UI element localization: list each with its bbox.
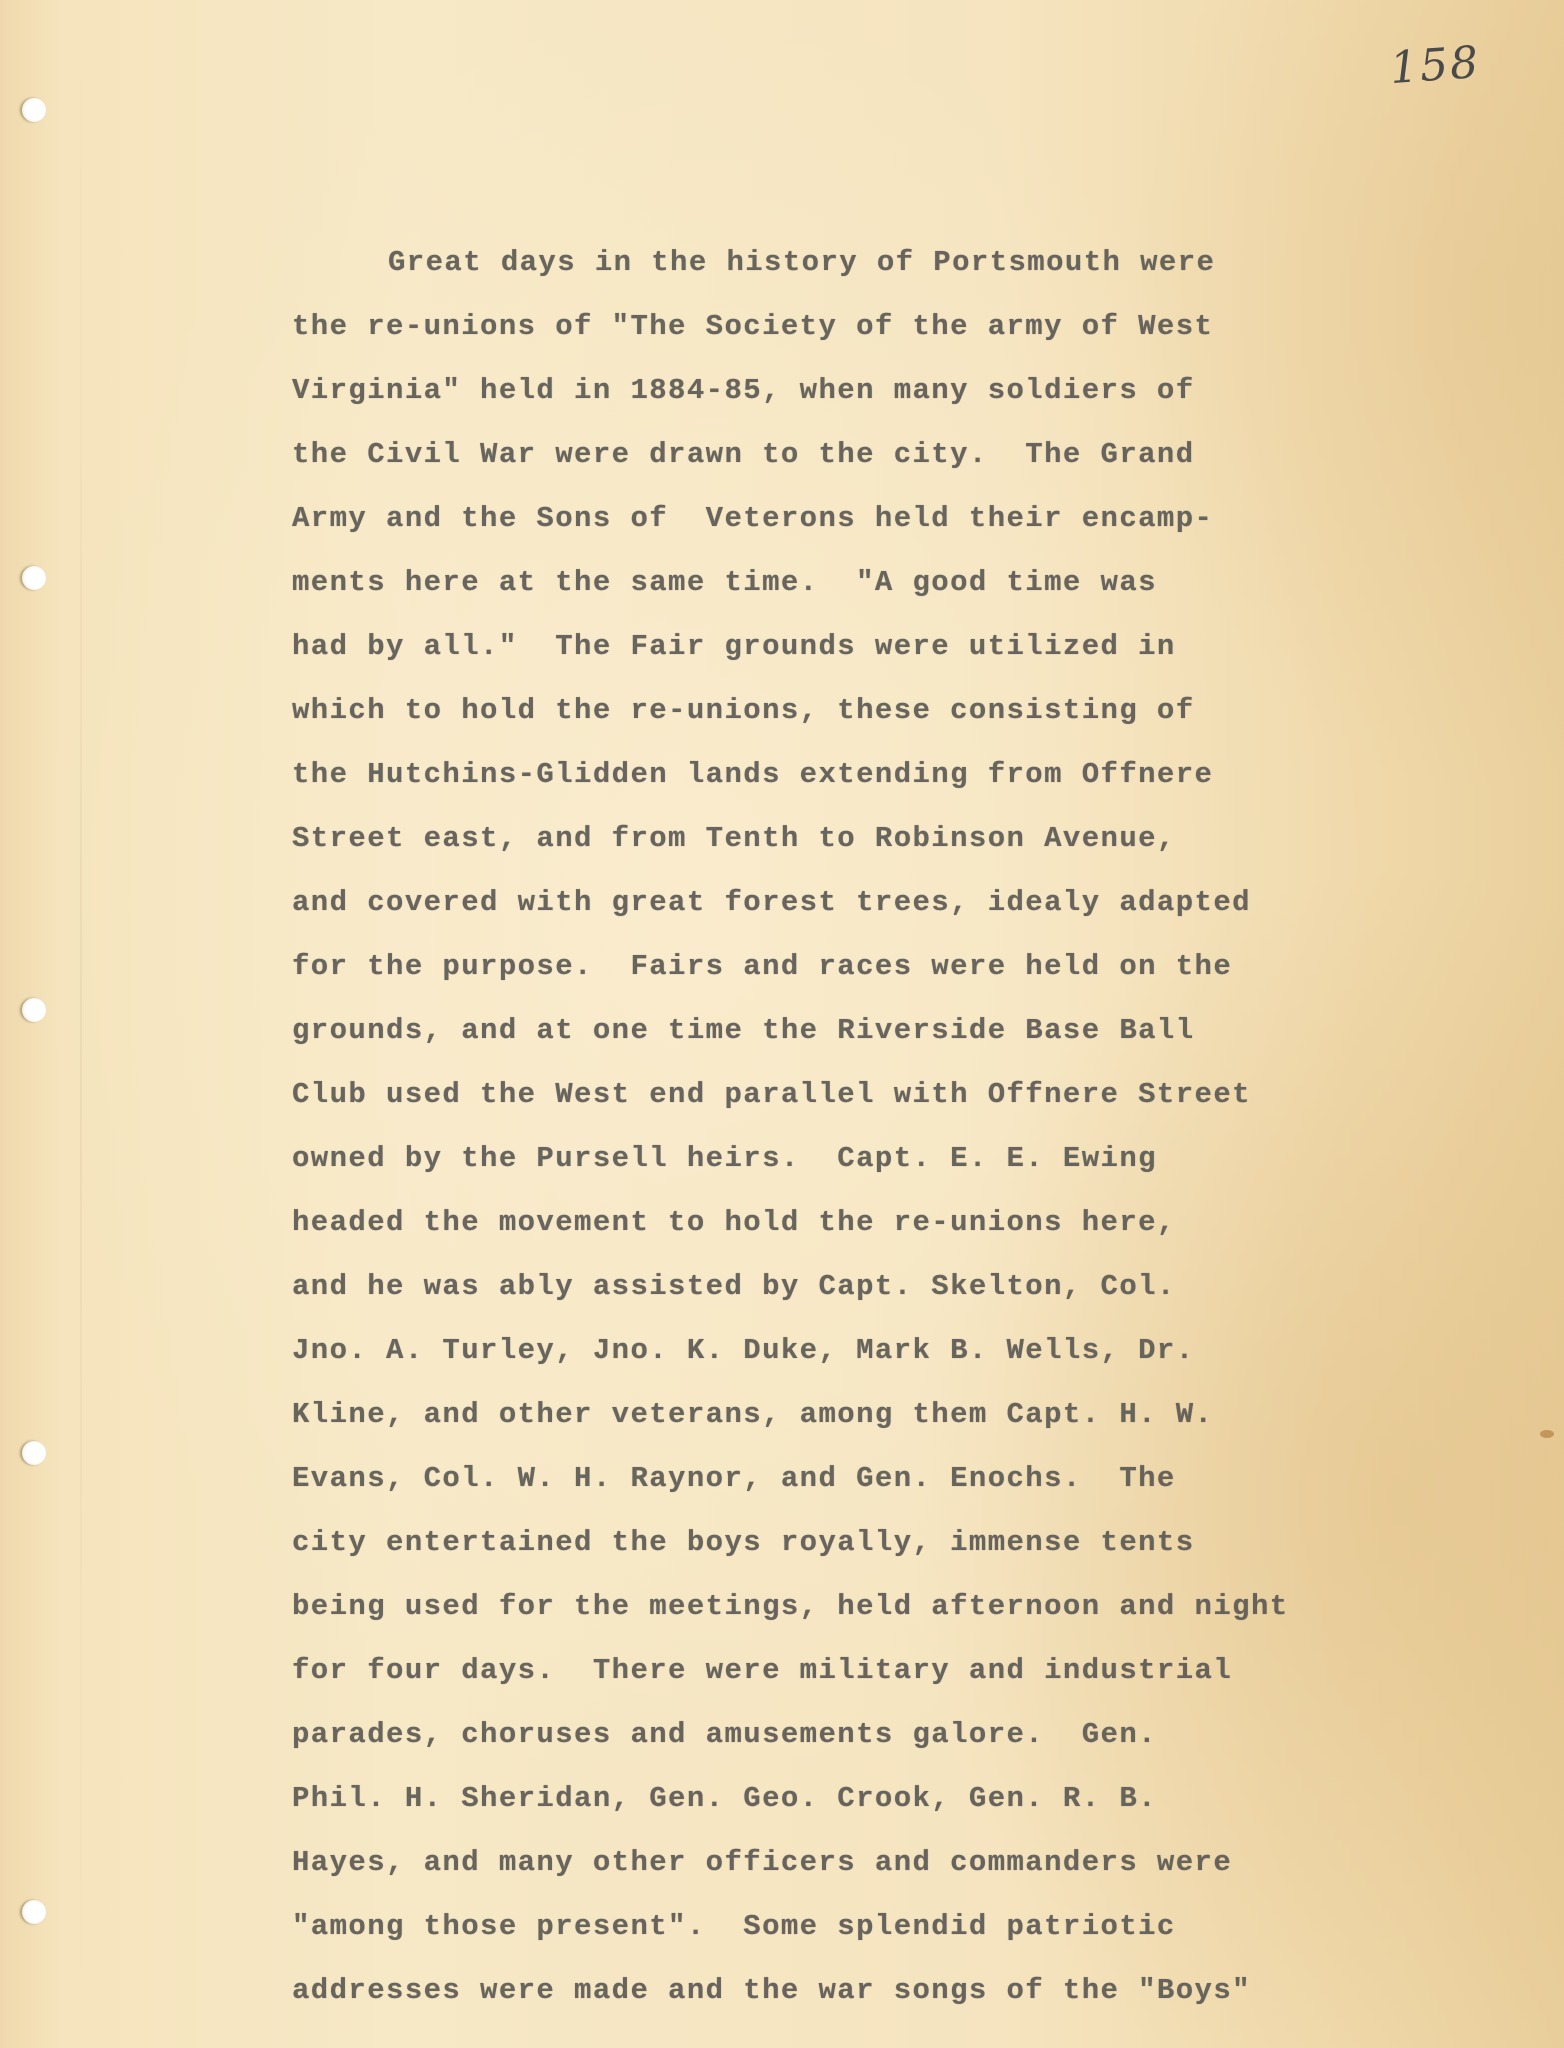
text-line: Evans, Col. W. H. Raynor, and Gen. Enoch… — [292, 1456, 1392, 1520]
text-line: addresses were made and the war songs of… — [292, 1968, 1392, 2032]
text-line: Great days in the history of Portsmouth … — [292, 240, 1392, 304]
text-line: Hayes, and many other officers and comma… — [292, 1840, 1392, 1904]
text-line: Kline, and other veterans, among them Ca… — [292, 1392, 1392, 1456]
text-line: for the purpose. Fairs and races were he… — [292, 944, 1392, 1008]
text-line: "among those present". Some splendid pat… — [292, 1904, 1392, 1968]
typewritten-page: 158 Great days in the history of Portsmo… — [0, 0, 1564, 2048]
text-line: Phil. H. Sheridan, Gen. Geo. Crook, Gen.… — [292, 1776, 1392, 1840]
body-paragraph: Great days in the history of Portsmouth … — [292, 240, 1392, 2032]
text-line: the Civil War were drawn to the city. Th… — [292, 432, 1392, 496]
text-line: and covered with great forest trees, ide… — [292, 880, 1392, 944]
text-line: Virginia" held in 1884-85, when many sol… — [292, 368, 1392, 432]
text-line: had by all." The Fair grounds were utili… — [292, 624, 1392, 688]
handwritten-page-number: 158 — [1388, 37, 1481, 94]
punch-hole — [22, 566, 46, 590]
text-line: parades, choruses and amusements galore.… — [292, 1712, 1392, 1776]
punch-hole — [22, 98, 46, 122]
text-line: which to hold the re-unions, these consi… — [292, 688, 1392, 752]
text-line: Club used the West end parallel with Off… — [292, 1072, 1392, 1136]
text-line: city entertained the boys royally, immen… — [292, 1520, 1392, 1584]
paper-fold-shadow — [80, 0, 82, 2048]
text-line: Jno. A. Turley, Jno. K. Duke, Mark B. We… — [292, 1328, 1392, 1392]
text-line: the re-unions of "The Society of the arm… — [292, 304, 1392, 368]
text-line: and he was ably assisted by Capt. Skelto… — [292, 1264, 1392, 1328]
text-line: the Hutchins-Glidden lands extending fro… — [292, 752, 1392, 816]
text-line: headed the movement to hold the re-union… — [292, 1200, 1392, 1264]
punch-hole — [22, 1900, 46, 1924]
paper-stain — [1540, 1430, 1554, 1438]
punch-hole — [22, 1441, 46, 1465]
text-line: grounds, and at one time the Riverside B… — [292, 1008, 1392, 1072]
text-line: being used for the meetings, held aftern… — [292, 1584, 1392, 1648]
text-line: Street east, and from Tenth to Robinson … — [292, 816, 1392, 880]
punch-hole — [22, 998, 46, 1022]
text-line: for four days. There were military and i… — [292, 1648, 1392, 1712]
text-line: owned by the Pursell heirs. Capt. E. E. … — [292, 1136, 1392, 1200]
text-line: Army and the Sons of Veterons held their… — [292, 496, 1392, 560]
text-line: ments here at the same time. "A good tim… — [292, 560, 1392, 624]
